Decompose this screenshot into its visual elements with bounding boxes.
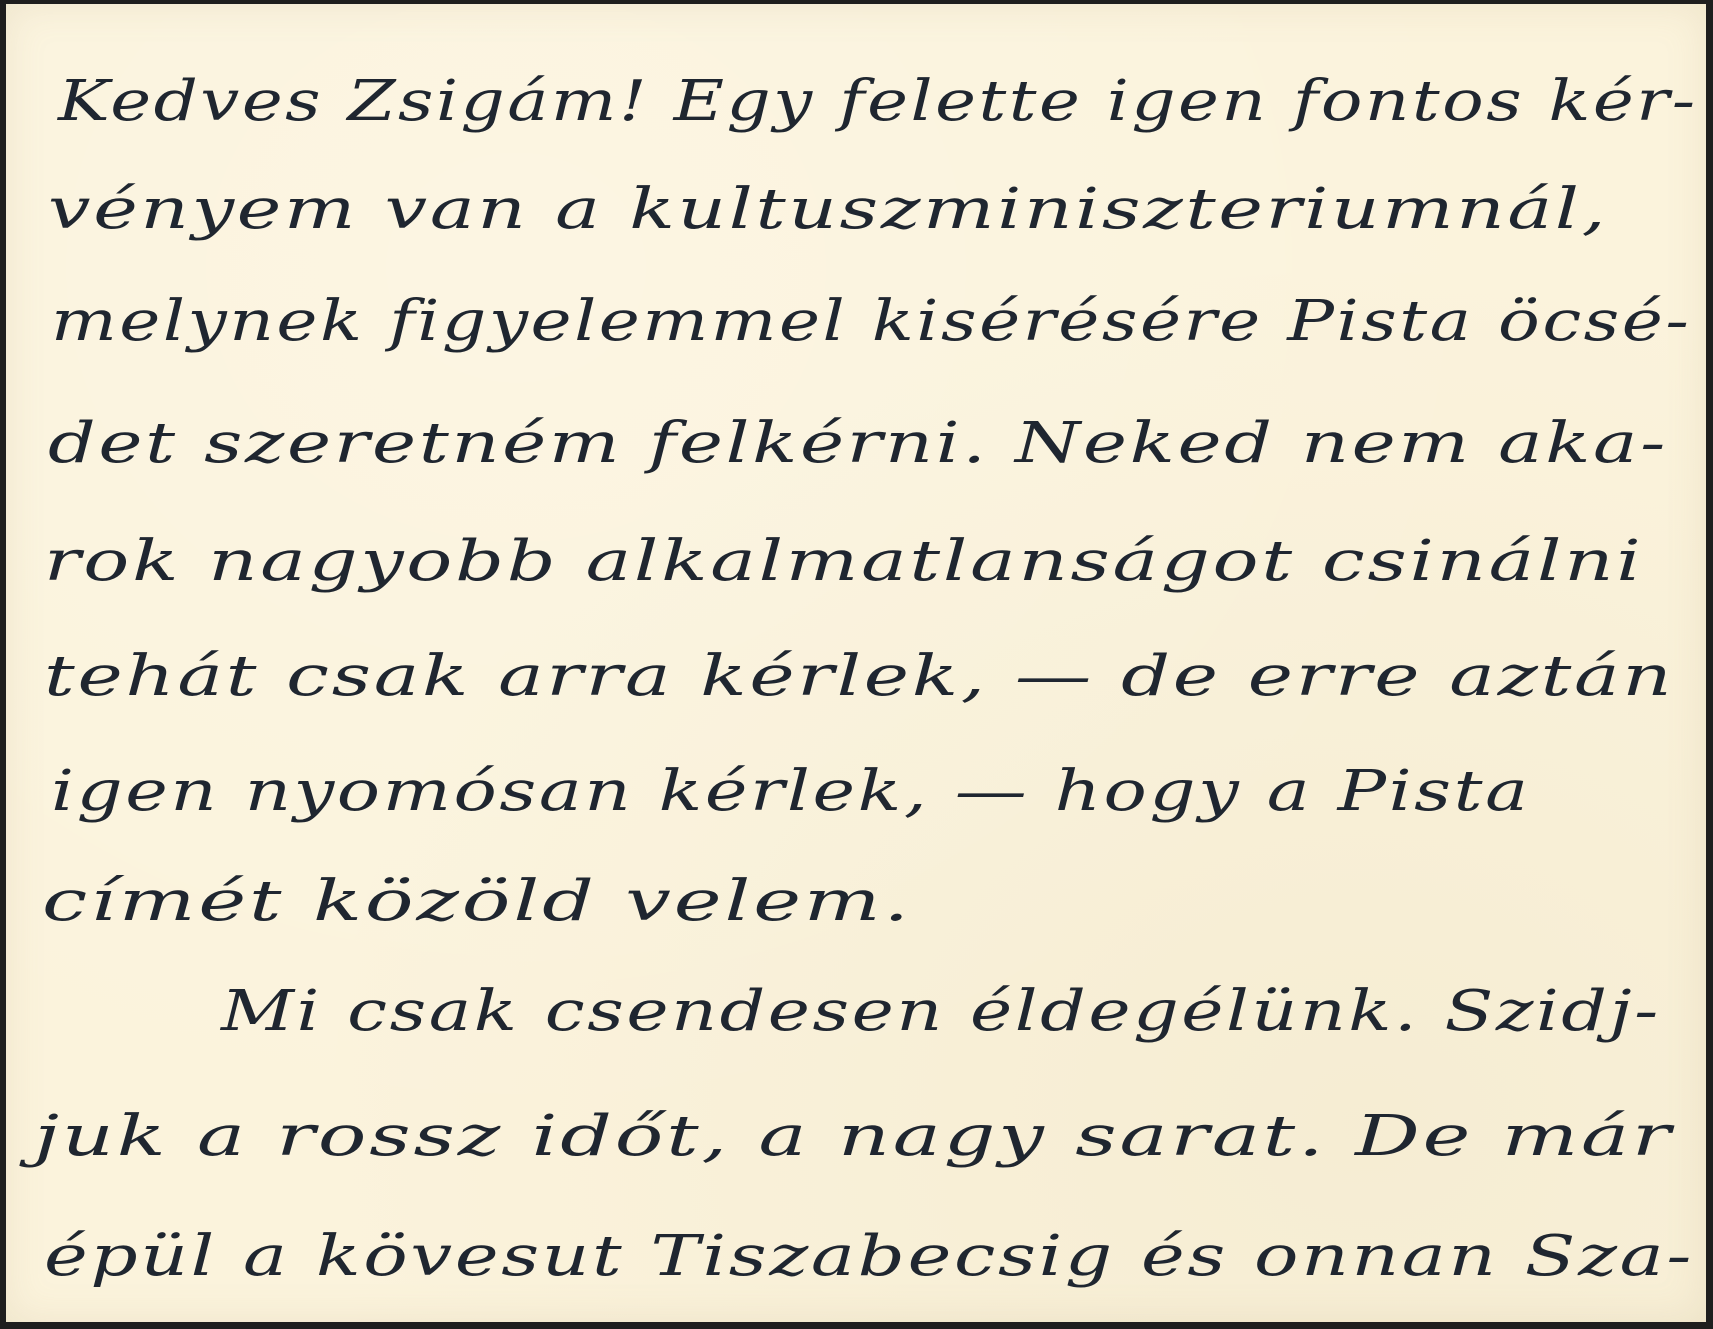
letter-line-4: det szeretném felkérni. Neked nem aka- (48, 416, 1668, 472)
letter-line-3: melynek figyelemmel kisérésére Pista öcs… (51, 294, 1691, 350)
letter-line-11: épül a kövesut Tiszabecsig és onnan Sza- (44, 1229, 1694, 1285)
letter-line-8: címét közöld velem. (42, 874, 912, 930)
letter-line-5: rok nagyobb alkalmatlanságot csinálni (44, 534, 1643, 590)
scan-border: Kedves Zsigám! Egy felette igen fontos k… (0, 0, 1713, 1329)
letter-paper: Kedves Zsigám! Egy felette igen fontos k… (6, 4, 1706, 1322)
handwritten-text-block: Kedves Zsigám! Egy felette igen fontos k… (6, 4, 1706, 1322)
letter-line-9: Mi csak csendesen éldegélünk. Szidj- (221, 984, 1661, 1040)
letter-line-1: Kedves Zsigám! Egy felette igen fontos k… (58, 74, 1698, 130)
letter-line-6: tehát csak arra kérlek, — de erre aztán (44, 649, 1674, 705)
letter-line-10: juk a rossz időt, a nagy sarat. De már (34, 1109, 1673, 1165)
letter-line-2: vényem van a kultuszminiszteriumnál, (48, 182, 1608, 238)
letter-line-7: igen nyomósan kérlek, — hogy a Pista (51, 764, 1531, 820)
